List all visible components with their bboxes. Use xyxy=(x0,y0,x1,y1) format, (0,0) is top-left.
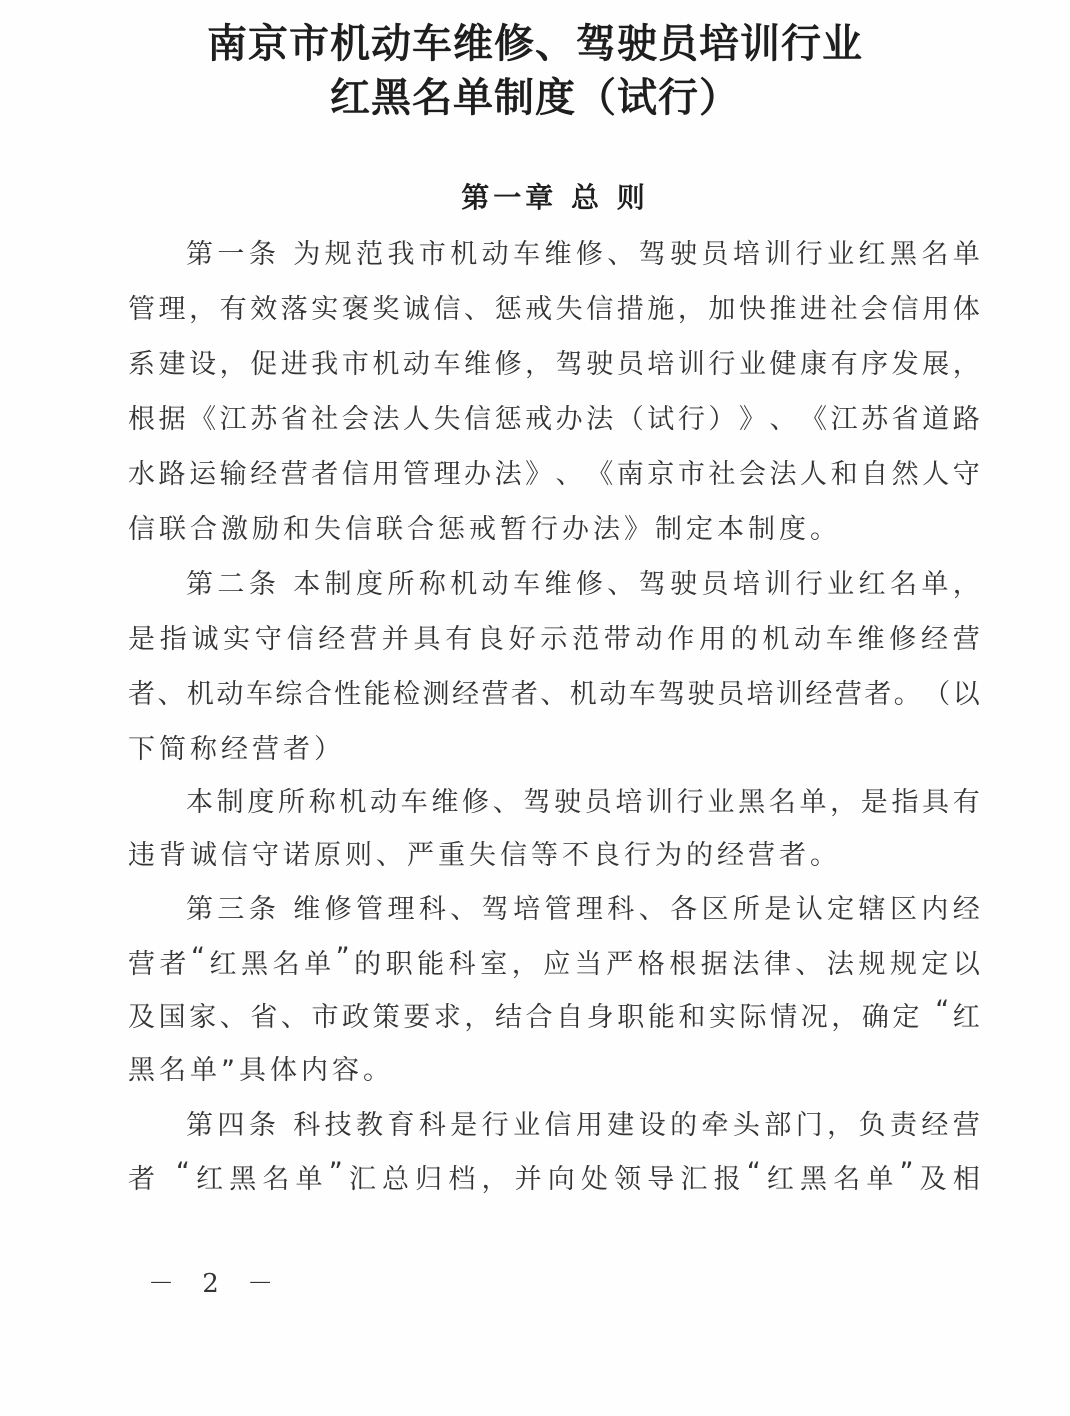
paragraph-line: 根据《江苏省社会法人失信惩戒办法（试行）》、《江苏省道路 xyxy=(128,397,980,437)
paragraph-line: 管理，有效落实褒奖诚信、惩戒失信措施，加快推进社会信用体 xyxy=(128,287,980,327)
paragraph-line: 是指诚实守信经营并具有良好示范带动作用的机动车维修经营 xyxy=(128,617,980,657)
paragraph-line: 第一条 为规范我市机动车维修、驾驶员培训行业红黑名单 xyxy=(186,232,980,272)
document-title-line-1: 南京市机动车维修、驾驶员培训行业 xyxy=(0,12,1070,69)
paragraph-line: 及国家、省、市政策要求，结合自身职能和实际情况，确定 “红 xyxy=(128,995,980,1035)
page-number: － 2 － xyxy=(148,1263,283,1300)
document-title-line-2: 红黑名单制度（试行） xyxy=(0,66,1070,123)
paragraph-line: 信联合激励和失信联合惩戒暂行办法》制定本制度。 xyxy=(128,507,980,547)
paragraph-line: 系建设，促进我市机动车维修，驾驶员培训行业健康有序发展， xyxy=(128,342,980,382)
paragraph-line: 者 “红黑名单”汇总归档，并向处领导汇报“红黑名单”及相 xyxy=(128,1157,980,1197)
paragraph-line: 违背诚信守诺原则、严重失信等不良行为的经营者。 xyxy=(128,833,980,873)
document-page: 南京市机动车维修、驾驶员培训行业 红黑名单制度（试行） 第一章 总 则 第一条 … xyxy=(0,0,1070,1416)
paragraph-line: 水路运输经营者信用管理办法》、《南京市社会法人和自然人守 xyxy=(128,452,980,492)
paragraph-line: 本制度所称机动车维修、驾驶员培训行业黑名单，是指具有 xyxy=(186,780,980,820)
chapter-heading: 第一章 总 则 xyxy=(0,176,1070,216)
paragraph-line: 第二条 本制度所称机动车维修、驾驶员培训行业红名单， xyxy=(186,562,980,602)
paragraph-line: 黑名单”具体内容。 xyxy=(128,1048,980,1088)
paragraph-line: 者、机动车综合性能检测经营者、机动车驾驶员培训经营者。（以 xyxy=(128,672,980,712)
paragraph-line: 下简称经营者） xyxy=(128,727,980,767)
paragraph-line: 第四条 科技教育科是行业信用建设的牵头部门，负责经营 xyxy=(186,1103,980,1143)
paragraph-line: 营者“红黑名单”的职能科室，应当严格根据法律、法规规定以 xyxy=(128,942,980,982)
paragraph-line: 第三条 维修管理科、驾培管理科、各区所是认定辖区内经 xyxy=(186,887,980,927)
